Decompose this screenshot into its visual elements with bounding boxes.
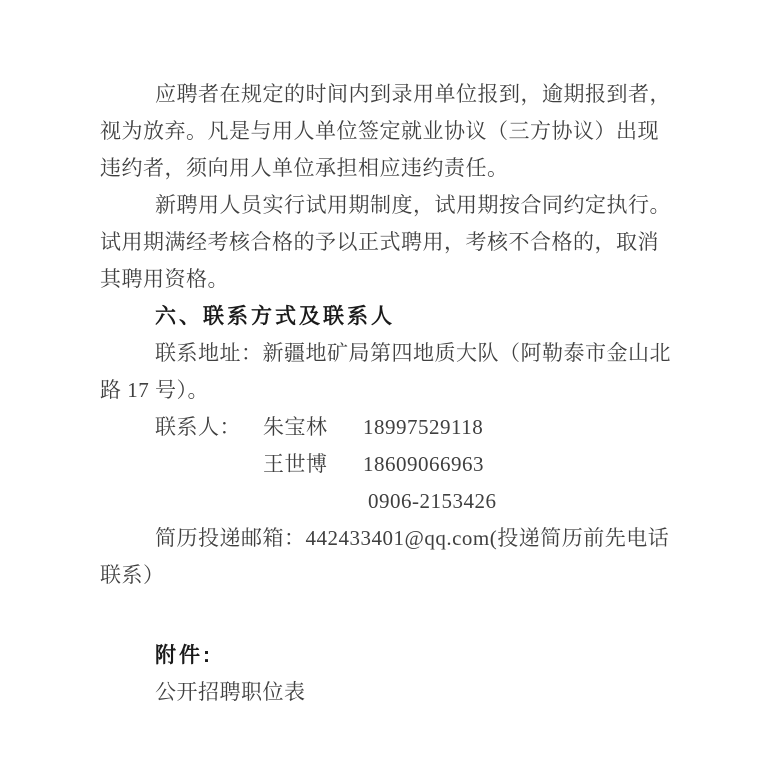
paragraph-probation-line-1: 新聘用人员实行试用期制度，试用期按合同约定执行。 xyxy=(100,187,682,224)
email-line-1: 简历投递邮箱：442433401@qq.com(投递简历前先电话 xyxy=(100,520,682,557)
attachment-heading: 附件: xyxy=(100,637,682,674)
address-line-2: 路 17 号）。 xyxy=(100,372,682,409)
paragraph-report-line-2: 视为放弃。凡是与用人单位签定就业协议（三方协议）出现 xyxy=(100,113,682,150)
paragraph-probation-line-2: 试用期满经考核合格的予以正式聘用，考核不合格的，取消 xyxy=(100,224,682,261)
contact-label: 联系人： xyxy=(155,409,241,446)
email-line-2: 联系） xyxy=(100,557,682,594)
contact-phone: 0906-2153426 xyxy=(368,483,497,520)
paragraph-report-line-1: 应聘者在规定的时间内到录用单位报到，逾期报到者， xyxy=(100,76,682,113)
paragraph-report-line-3: 违约者，须向用人单位承担相应违约责任。 xyxy=(100,150,682,187)
paragraph-gap xyxy=(100,594,682,637)
section-heading-contact: 六、联系方式及联系人 xyxy=(100,298,682,335)
contact-row-1: 联系人： 朱宝林 18997529118 xyxy=(100,409,682,446)
contact-row-3: 0906-2153426 xyxy=(100,483,682,520)
contact-name: 王世博 xyxy=(263,446,328,483)
paragraph-probation-line-3: 其聘用资格。 xyxy=(100,261,682,298)
document-page: 应聘者在规定的时间内到录用单位报到，逾期报到者， 视为放弃。凡是与用人单位签定就… xyxy=(0,0,782,772)
document-body: 应聘者在规定的时间内到录用单位报到，逾期报到者， 视为放弃。凡是与用人单位签定就… xyxy=(100,76,682,711)
contact-phone: 18997529118 xyxy=(363,409,483,446)
contact-row-2: 王世博 18609066963 xyxy=(100,446,682,483)
address-line-1: 联系地址：新疆地矿局第四地质大队（阿勒泰市金山北 xyxy=(100,335,682,372)
contact-phone: 18609066963 xyxy=(363,446,484,483)
contact-name: 朱宝林 xyxy=(263,409,328,446)
attachment-item: 公开招聘职位表 xyxy=(100,674,682,711)
